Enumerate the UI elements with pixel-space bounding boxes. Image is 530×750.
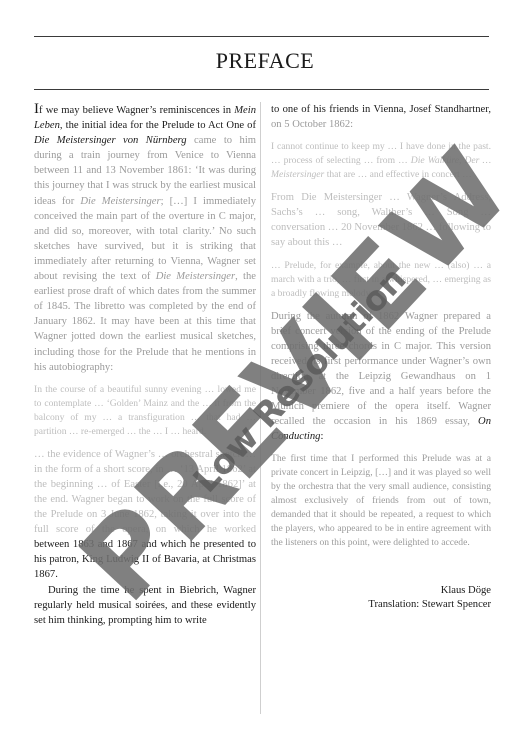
- text-run: ; […] I immediately conceived the main p…: [34, 196, 256, 282]
- text-run: During the autumn of 1862 Wagner prepare…: [271, 311, 491, 428]
- preface-page: PREFACE If we may believe Wagner’s remin…: [0, 0, 530, 750]
- intro-paragraph: If we may believe Wagner’s reminiscences…: [34, 102, 256, 375]
- translator-credit: Translation: Stewart Spencer: [271, 598, 491, 612]
- text-run: between 1863 and 1867 and which he prese…: [34, 539, 256, 580]
- text-run: :: [320, 431, 323, 442]
- title-meistersinger: Die Meistersinger von Nürnberg: [34, 135, 187, 146]
- text-run: , the earliest prose draft of which date…: [34, 271, 256, 373]
- title-meistersinger: Die Meistersinger: [156, 271, 235, 282]
- biebrich-paragraph: During the time he spent in Biebrich, Wa…: [34, 583, 256, 628]
- concert-version-paragraph: During the autumn of 1862 Wagner prepare…: [271, 309, 491, 445]
- text-run: on 5 October 1862:: [271, 119, 353, 130]
- score-paragraph: … the evidence of Wagner’s … orchestral …: [34, 447, 256, 583]
- column-divider: [260, 102, 261, 714]
- letter-quote: I cannot continue to keep my … I have do…: [271, 140, 491, 182]
- signature-block: Klaus Döge Translation: Stewart Spencer: [271, 584, 491, 612]
- title-meistersinger: Die Meistersinger: [80, 196, 160, 207]
- title-meistersinger: Meistersinger: [271, 169, 324, 180]
- text-run: f we may believe Wagner’s reminiscences …: [39, 105, 234, 116]
- page-title: PREFACE: [0, 48, 530, 74]
- title-walkure: Die Walküre, Der …: [411, 155, 491, 166]
- text-run: to one of his friends in Vienna, Josef S…: [271, 104, 491, 115]
- text-run: , the initial idea for the Prelude to Ac…: [60, 120, 256, 131]
- letter-intro: to one of his friends in Vienna, Josef S…: [271, 102, 491, 132]
- excerpts-paragraph: From Die Meistersinger … Wagner’s Addres…: [271, 190, 491, 250]
- left-column: If we may believe Wagner’s reminiscences…: [34, 102, 256, 628]
- top-rule: [34, 36, 489, 37]
- text-run: that are … and effective in concert …: [324, 169, 471, 180]
- title-bottom-rule: [34, 89, 489, 90]
- text-run: … the evidence of Wagner’s … orchestral …: [34, 449, 256, 535]
- right-column: to one of his friends in Vienna, Josef S…: [271, 102, 491, 612]
- author-name: Klaus Döge: [271, 584, 491, 598]
- prelude-description-quote: … Prelude, for example, about the new … …: [271, 259, 491, 301]
- on-conducting-quote: The first time that I performed this Pre…: [271, 452, 491, 550]
- autobiography-quote: In the course of a beautiful sunny eveni…: [34, 383, 256, 439]
